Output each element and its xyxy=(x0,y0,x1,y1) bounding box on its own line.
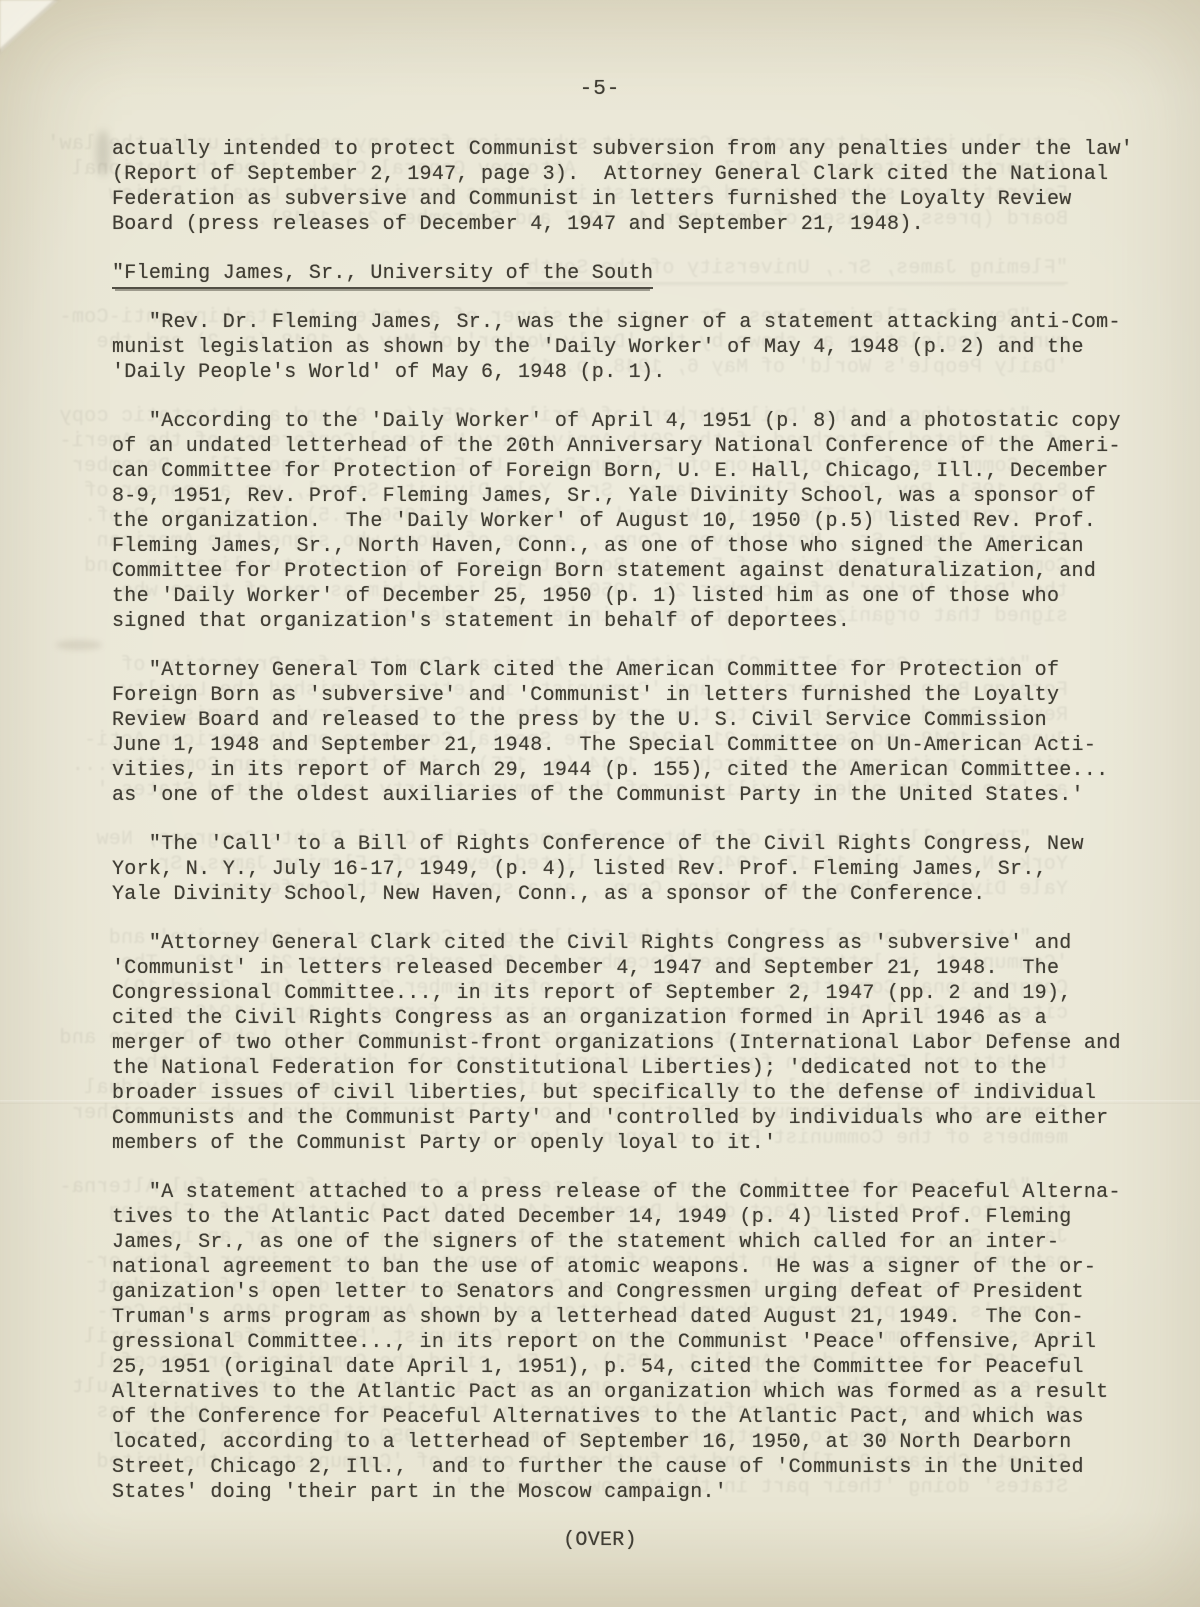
paragraph-line: (Report of September 2, 1947, page 3). A… xyxy=(112,162,1152,187)
paragraph-line: "Rev. Dr. Fleming James, Sr., was the si… xyxy=(112,310,1152,335)
document-body: actually intended to protect Communist s… xyxy=(112,137,1152,1505)
paragraph-line: Foreign Born as 'subversive' and 'Commun… xyxy=(112,683,1152,708)
document-page: actually intended to protect Communist s… xyxy=(0,0,1200,1607)
paragraph-line: national agreement to ban the use of ato… xyxy=(112,1255,1152,1280)
paragraph-line: of the Conference for Peaceful Alternati… xyxy=(112,1405,1152,1430)
paragraph-line: Board (press releases of December 4, 194… xyxy=(112,212,1152,237)
paragraph-line: the National Federation for Constitution… xyxy=(112,1056,1152,1081)
page-number: -5- xyxy=(0,0,1200,101)
paragraph-line: 'Daily People's World' of May 6, 1948 (p… xyxy=(112,360,1152,385)
paragraph-line: broader issues of civil liberties, but s… xyxy=(112,1081,1152,1106)
paragraph-line: Street, Chicago 2, Ill., and to further … xyxy=(112,1455,1152,1480)
paragraph-line: "According to the 'Daily Worker' of Apri… xyxy=(112,409,1152,434)
paragraph-line: Alternatives to the Atlantic Pact as an … xyxy=(112,1380,1152,1405)
paragraph-line: James, Sr., as one of the signers of the… xyxy=(112,1230,1152,1255)
paragraph-line: 25, 1951 (original date April 1, 1951), … xyxy=(112,1355,1152,1380)
paragraph-line: as 'one of the oldest auxiliaries of the… xyxy=(112,783,1152,808)
paragraph-line: Review Board and released to the press b… xyxy=(112,708,1152,733)
paragraph-line: actually intended to protect Communist s… xyxy=(112,137,1152,162)
paragraph-peaceful-alternatives: "A statement attached to a press release… xyxy=(112,1180,1152,1505)
paragraph-line: June 1, 1948 and September 21, 1948. The… xyxy=(112,733,1152,758)
paragraph-continuation: actually intended to protect Communist s… xyxy=(112,137,1152,237)
heading-line: "Fleming James, Sr., University of the S… xyxy=(112,261,1152,286)
paragraph-line: vities, in its report of March 29, 1944 … xyxy=(112,758,1152,783)
paragraph-line: "Attorney General Tom Clark cited the Am… xyxy=(112,658,1152,683)
paragraph-line: Congressional Committee..., in its repor… xyxy=(112,981,1152,1006)
paragraph-line: "A statement attached to a press release… xyxy=(112,1180,1152,1205)
section-heading-fleming-james: "Fleming James, Sr., University of the S… xyxy=(112,261,1152,286)
paragraph-line: Yale Divinity School, New Haven, Conn., … xyxy=(112,882,1152,907)
paragraph-line: cited the Civil Rights Congress as an or… xyxy=(112,1006,1152,1031)
paragraph-line: "The 'Call' to a Bill of Rights Conferen… xyxy=(112,832,1152,857)
paragraph-line: located, according to a letterhead of Se… xyxy=(112,1430,1152,1455)
paragraph-line: merger of two other Communist-front orga… xyxy=(112,1031,1152,1056)
paragraph-line: 'Communist' in letters released December… xyxy=(112,956,1152,981)
paragraph-line: Communists and the Communist Party' and … xyxy=(112,1106,1152,1131)
paragraph-line: 8-9, 1951, Rev. Prof. Fleming James, Sr.… xyxy=(112,484,1152,509)
paragraph-civil-rights-congress: "Attorney General Clark cited the Civil … xyxy=(112,931,1152,1156)
paper-corner-fold xyxy=(0,0,58,52)
paragraph-bill-of-rights-conference: "The 'Call' to a Bill of Rights Conferen… xyxy=(112,832,1152,907)
paragraph-line: the organization. The 'Daily Worker' of … xyxy=(112,509,1152,534)
paragraph-line: Committee for Protection of Foreign Born… xyxy=(112,559,1152,584)
paragraph-line: can Committee for Protection of Foreign … xyxy=(112,459,1152,484)
paragraph-line: York, N. Y., July 16-17, 1949, (p. 4), l… xyxy=(112,857,1152,882)
over-footer-label: (OVER) xyxy=(0,1529,1200,1552)
typewritten-sheet: -5- actually intended to protect Communi… xyxy=(0,0,1200,1552)
paragraph-line: "Attorney General Clark cited the Civil … xyxy=(112,931,1152,956)
paragraph-tom-clark-citation: "Attorney General Tom Clark cited the Am… xyxy=(112,658,1152,808)
paragraph-line: gressional Committee..., in its report o… xyxy=(112,1330,1152,1355)
paragraph-line: Truman's arms program as shown by a lett… xyxy=(112,1305,1152,1330)
paragraph-line: signed that organization's statement in … xyxy=(112,609,1152,634)
paragraph-foreign-born-sponsor: "According to the 'Daily Worker' of Apri… xyxy=(112,409,1152,634)
paragraph-line: States' doing 'their part in the Moscow … xyxy=(112,1480,1152,1505)
paragraph-line: of an undated letterhead of the 20th Ann… xyxy=(112,434,1152,459)
paragraph-line: munist legislation as shown by the 'Dail… xyxy=(112,335,1152,360)
paragraph-line: members of the Communist Party or openly… xyxy=(112,1131,1152,1156)
paragraph-line: Federation as subversive and Communist i… xyxy=(112,187,1152,212)
paragraph-line: the 'Daily Worker' of December 25, 1950 … xyxy=(112,584,1152,609)
paragraph-line: tives to the Atlantic Pact dated Decembe… xyxy=(112,1205,1152,1230)
paragraph-line: Fleming James, Sr., North Haven, Conn., … xyxy=(112,534,1152,559)
paragraph-daily-worker-1948: "Rev. Dr. Fleming James, Sr., was the si… xyxy=(112,310,1152,385)
paragraph-line: ganization's open letter to Senators and… xyxy=(112,1280,1152,1305)
